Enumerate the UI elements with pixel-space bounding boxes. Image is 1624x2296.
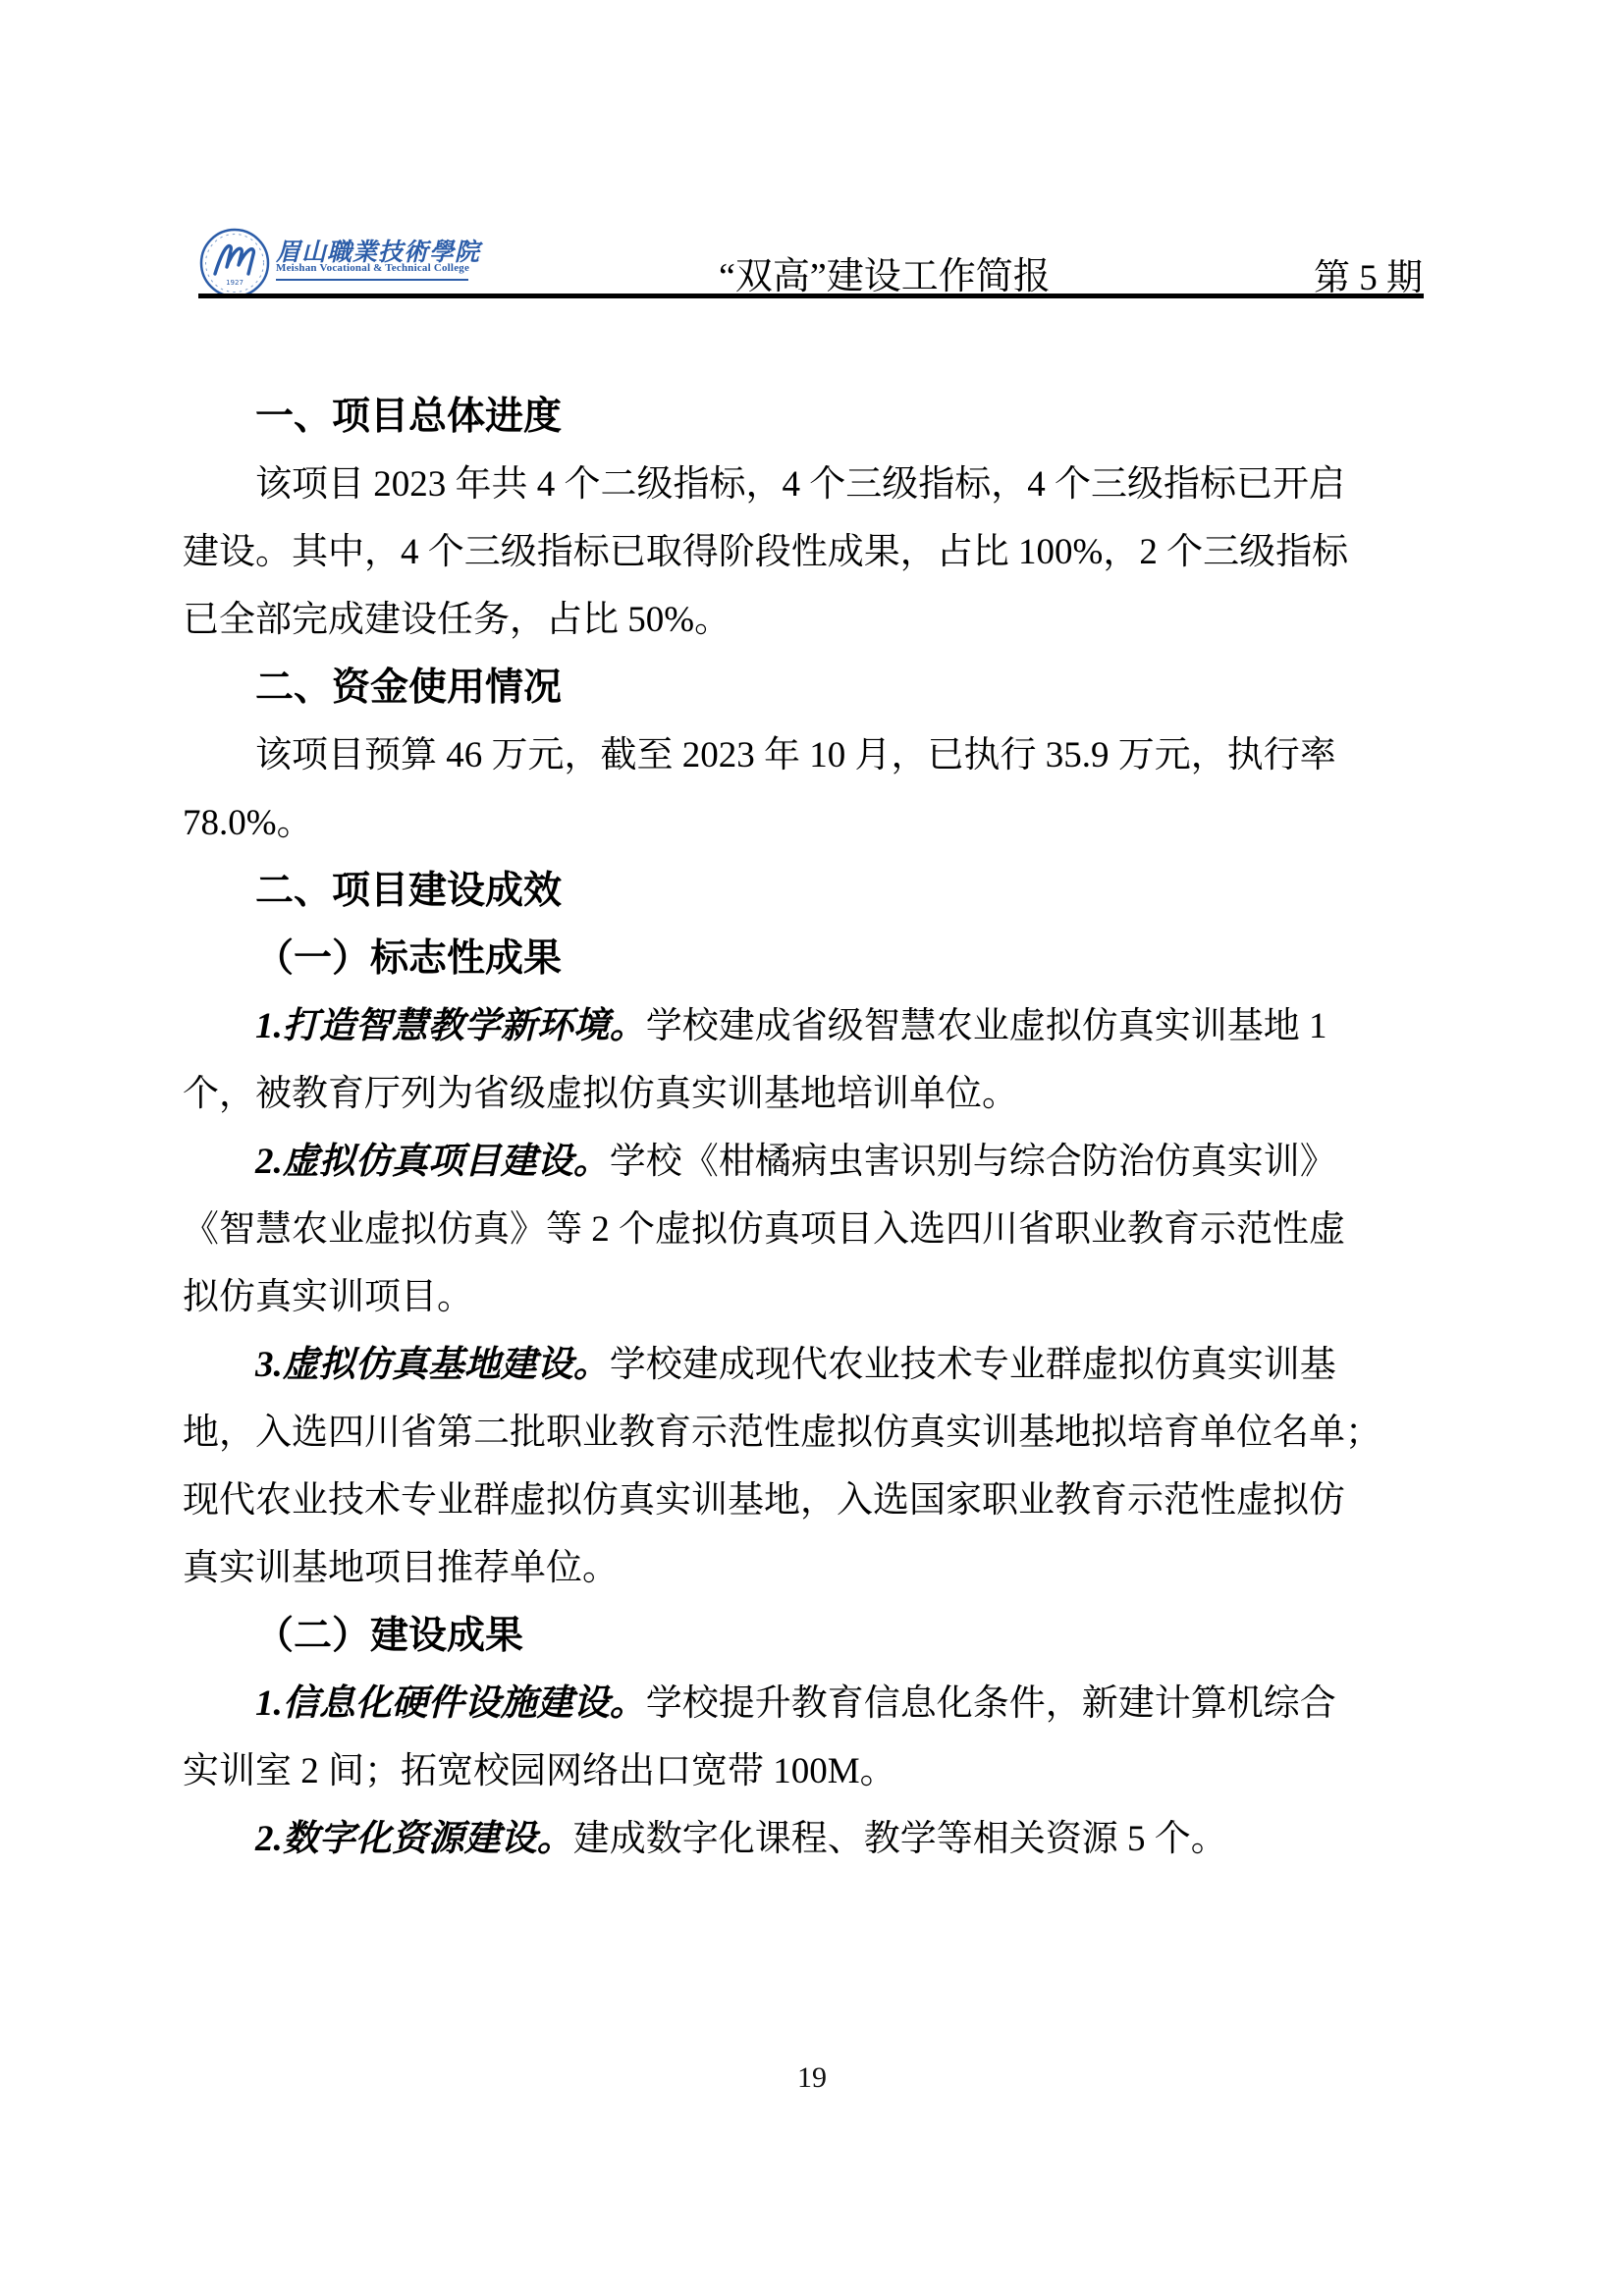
numbered-item-line: 3.虚拟仿真基地建设。学校建成现代农业技术专业群虚拟仿真实训基: [183, 1331, 1459, 1399]
paragraph-line: 《智慧农业虚拟仿真》等 2 个虚拟仿真项目入选四川省职业教育示范性虚: [183, 1196, 1459, 1263]
numbered-item-line: 2.虚拟仿真项目建设。学校《柑橘病虫害识别与综合防治仿真实训》: [183, 1128, 1459, 1196]
numbered-item-line: 2.数字化资源建设。建成数字化课程、教学等相关资源 5 个。: [183, 1805, 1459, 1873]
item-lead-label: 3.虚拟仿真基地建设。: [255, 1345, 610, 1385]
paragraph-line: 该项目 2023 年共 4 个二级指标，4 个三级指标，4 个三级指标已开启: [183, 451, 1459, 518]
paragraph-line: 已全部完成建设任务，占比 50%。: [183, 586, 1459, 654]
page-number: 19: [0, 2061, 1624, 2095]
document-page: 1927 眉山職業技術學院 Meishan Vocational & Techn…: [0, 0, 1624, 2296]
item-lead-label: 1.打造智慧教学新环境。: [255, 1006, 646, 1046]
item-text: 学校提升教育信息化条件，新建计算机综合: [646, 1683, 1336, 1724]
item-lead-label: 2.虚拟仿真项目建设。: [255, 1142, 610, 1182]
section-heading: 一、项目总体进度: [183, 383, 1459, 451]
seal-year: 1927: [226, 279, 244, 287]
header-rule: [198, 294, 1424, 298]
section-heading: 二、资金使用情况: [183, 654, 1459, 721]
issue-number: 第 5 期: [1314, 247, 1423, 300]
paragraph-line: 个，被教育厅列为省级虚拟仿真实训基地培训单位。: [183, 1060, 1459, 1128]
college-name-en: Meishan Vocational & Technical College: [276, 262, 472, 274]
page-header: 1927 眉山職業技術學院 Meishan Vocational & Techn…: [0, 0, 1624, 314]
section-heading: 二、项目建设成效: [183, 857, 1459, 925]
item-lead-label: 2.数字化资源建设。: [255, 1819, 573, 1859]
paragraph-line: 该项目预算 46 万元，截至 2023 年 10 月，已执行 35.9 万元，执…: [183, 721, 1459, 789]
paragraph-line: 拟仿真实训项目。: [183, 1263, 1459, 1331]
item-text: 学校建成省级智慧农业虚拟仿真实训基地 1: [646, 1006, 1327, 1046]
paragraph-line: 实训室 2 间；拓宽校园网络出口宽带 100M。: [183, 1737, 1459, 1805]
item-text: 学校《柑橘病虫害识别与综合防治仿真实训》: [610, 1142, 1336, 1182]
document-body: 一、项目总体进度该项目 2023 年共 4 个二级指标，4 个三级指标，4 个三…: [183, 383, 1459, 1873]
bulletin-title: “双高”建设工作简报: [719, 245, 1051, 299]
item-lead-label: 1.信息化硬件设施建设。: [255, 1683, 646, 1724]
paragraph-line: 真实训基地项目推荐单位。: [183, 1534, 1459, 1602]
college-name-underline: [276, 279, 468, 281]
item-text: 建成数字化课程、教学等相关资源 5 个。: [573, 1819, 1227, 1859]
sub-heading: （二）建设成果: [183, 1602, 1459, 1670]
item-text: 学校建成现代农业技术专业群虚拟仿真实训基: [610, 1345, 1336, 1385]
paragraph-line: 地，入选四川省第二批职业教育示范性虚拟仿真实训基地拟培育单位名单；: [183, 1399, 1459, 1467]
numbered-item-line: 1.打造智慧教学新环境。学校建成省级智慧农业虚拟仿真实训基地 1: [183, 992, 1459, 1060]
college-seal-logo-icon: 1927: [199, 228, 270, 298]
paragraph-line: 78.0%。: [183, 789, 1459, 857]
numbered-item-line: 1.信息化硬件设施建设。学校提升教育信息化条件，新建计算机综合: [183, 1670, 1459, 1737]
sub-heading: （一）标志性成果: [183, 925, 1459, 992]
paragraph-line: 现代农业技术专业群虚拟仿真实训基地，入选国家职业教育示范性虚拟仿: [183, 1467, 1459, 1534]
paragraph-line: 建设。其中，4 个三级指标已取得阶段性成果，占比 100%，2 个三级指标: [183, 518, 1459, 586]
